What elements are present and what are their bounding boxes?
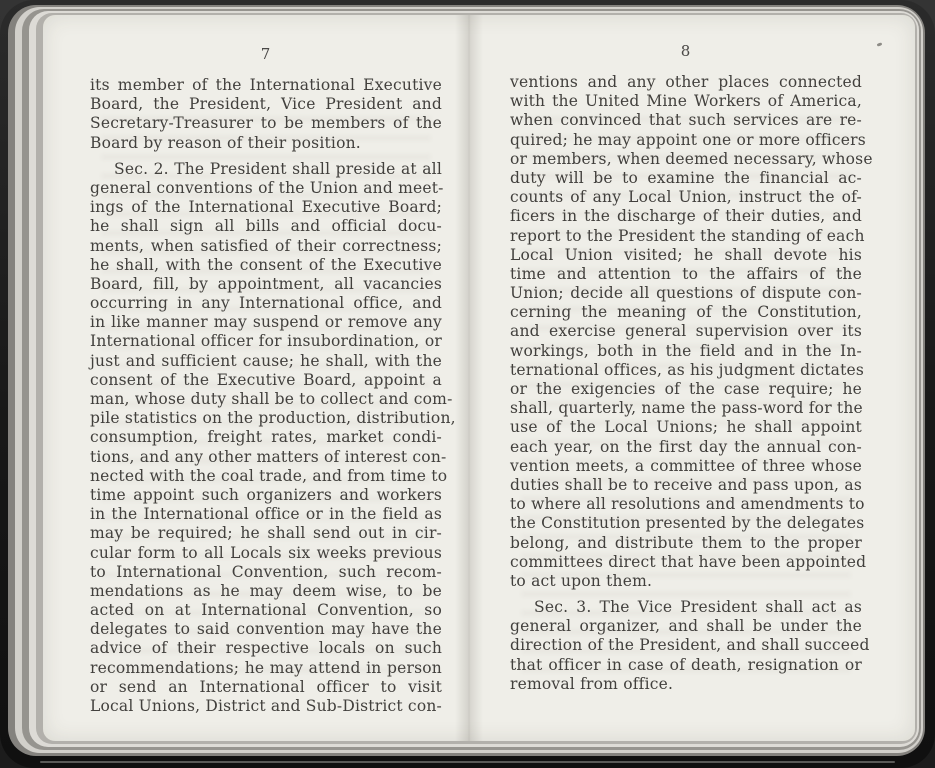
text-line: man, whose duty shall be to collect and … (90, 390, 442, 409)
text-line: consumption, freight rates, market condi… (90, 428, 442, 447)
text-line: or the exigencies of the case require; h… (510, 380, 862, 399)
text-line: Board, fill, by appointment, all vacanci… (90, 275, 442, 294)
text-line: to act upon them. (510, 572, 862, 591)
text-line: delegates to said convention may have th… (90, 620, 442, 639)
text-line: pile statistics on the production, distr… (90, 409, 442, 428)
text-line: ternational offices, as his judgment dic… (510, 361, 862, 380)
text-line: report to the President the standing of … (510, 227, 862, 246)
page-edge-layer: 7 its member of the International Execut… (29, 11, 919, 747)
text-line: to International Convention, such recom- (90, 563, 442, 582)
text-line: committees direct that have been appoint… (510, 553, 862, 572)
text-line: duty will be to examine the financial ac… (510, 169, 862, 188)
text-line: in like manner may suspend or remove any (90, 313, 442, 332)
text-line: direction of the President, and shall su… (510, 636, 862, 655)
text-line: Board by reason of their position. (90, 134, 442, 153)
text-line: duties shall be to receive and pass upon… (510, 476, 862, 495)
text-line: belong, and distribute them to the prope… (510, 534, 862, 553)
text-line: Sec. 3. The Vice President shall act as (510, 598, 862, 617)
text-line: and exercise general supervision over it… (510, 322, 862, 341)
text-line: ments, when satisfied of their correctne… (90, 237, 442, 256)
left-page-number: 7 (90, 45, 442, 76)
paragraph: its member of the International Executiv… (90, 76, 442, 153)
text-line: the Constitution presented by the delega… (510, 514, 862, 533)
ink-speck (877, 42, 883, 47)
text-line: ficers in the discharge of their duties,… (510, 207, 862, 226)
text-line: Union; decide all questions of dispute c… (510, 284, 862, 303)
text-line: general conventions of the Union and mee… (90, 179, 442, 198)
text-line: workings, both in the field and in the I… (510, 342, 862, 361)
right-page-number: 8 (510, 42, 862, 73)
text-line: that officer in case of death, resignati… (510, 656, 862, 675)
paragraph: Sec. 3. The Vice President shall act asg… (510, 598, 862, 694)
text-line: when convinced that such services are re… (510, 111, 862, 130)
page-edge-layer: 7 its member of the International Execut… (36, 13, 917, 744)
page-edge-layer: 7 its member of the International Execut… (15, 7, 923, 753)
text-line: Local Union visited; he shall devote his (510, 246, 862, 265)
text-line: its member of the International Executiv… (90, 76, 442, 95)
book-gutter (455, 15, 483, 741)
left-page: 7 its member of the International Execut… (90, 45, 442, 716)
text-line: to where all resolutions and amendments … (510, 495, 862, 514)
book-cover: 7 its member of the International Execut… (0, 0, 935, 768)
text-line: removal from office. (510, 675, 862, 694)
text-line: time and attention to the affairs of the (510, 265, 862, 284)
text-line: ings of the International Executive Boar… (90, 198, 442, 217)
text-line: nected with the coal trade, and from tim… (90, 467, 442, 486)
text-line: he shall, with the consent of the Execut… (90, 256, 442, 275)
text-line: time appoint such organizers and workers (90, 486, 442, 505)
text-line: acted on at International Convention, so (90, 601, 442, 620)
text-line: counts of any Local Union, instruct the … (510, 188, 862, 207)
text-line: Board, the President, Vice President and (90, 95, 442, 114)
text-line: general organizer, and shall be under th… (510, 617, 862, 636)
text-line: tions, and any other matters of interest… (90, 448, 442, 467)
text-line: Sec. 2. The President shall preside at a… (90, 160, 442, 179)
paragraph: ventions and any other places connectedw… (510, 73, 862, 591)
text-line: or members, when deemed necessary, whose (510, 150, 862, 169)
text-line: consent of the Executive Board, appoint … (90, 371, 442, 390)
text-line: International officer for insubordinatio… (90, 332, 442, 351)
paragraph: Sec. 2. The President shall preside at a… (90, 160, 442, 716)
text-line: may be required; he shall send out in ci… (90, 524, 442, 543)
text-line: each year, on the first day the annual c… (510, 438, 862, 457)
text-line: mendations as he may deem wise, to be (90, 582, 442, 601)
text-line: cerning the meaning of the Constitution, (510, 303, 862, 322)
cover-bottom-highlight (40, 761, 895, 763)
page-edge-stack: 7 its member of the International Execut… (8, 5, 925, 756)
text-line: with the United Mine Workers of America, (510, 92, 862, 111)
text-line: recommendations; he may attend in person (90, 659, 442, 678)
right-page: 8 ventions and any other places connecte… (510, 42, 862, 694)
text-line: quired; he may appoint one or more offic… (510, 131, 862, 150)
text-line: ventions and any other places connected (510, 73, 862, 92)
left-page-text: its member of the International Executiv… (90, 76, 442, 716)
text-line: he shall sign all bills and official doc… (90, 217, 442, 236)
text-line: cular form to all Locals six weeks previ… (90, 544, 442, 563)
book-scan-scene: 7 its member of the International Execut… (0, 0, 935, 768)
right-page-text: ventions and any other places connectedw… (510, 73, 862, 694)
text-line: Secretary-Treasurer to be members of the (90, 114, 442, 133)
text-line: use of the Local Unions; he shall appoin… (510, 418, 862, 437)
text-line: advice of their respective locals on suc… (90, 639, 442, 658)
text-line: occurring in any International office, a… (90, 294, 442, 313)
open-page-spread: 7 its member of the International Execut… (43, 15, 915, 741)
text-line: Local Unions, District and Sub-District … (90, 697, 442, 716)
text-line: in the International office or in the fi… (90, 505, 442, 524)
text-line: just and sufficient cause; he shall, wit… (90, 352, 442, 371)
text-line: shall, quarterly, name the pass-word for… (510, 399, 862, 418)
page-edge-layer: 7 its member of the International Execut… (22, 9, 921, 750)
text-line: or send an International officer to visi… (90, 678, 442, 697)
text-line: vention meets, a committee of three whos… (510, 457, 862, 476)
